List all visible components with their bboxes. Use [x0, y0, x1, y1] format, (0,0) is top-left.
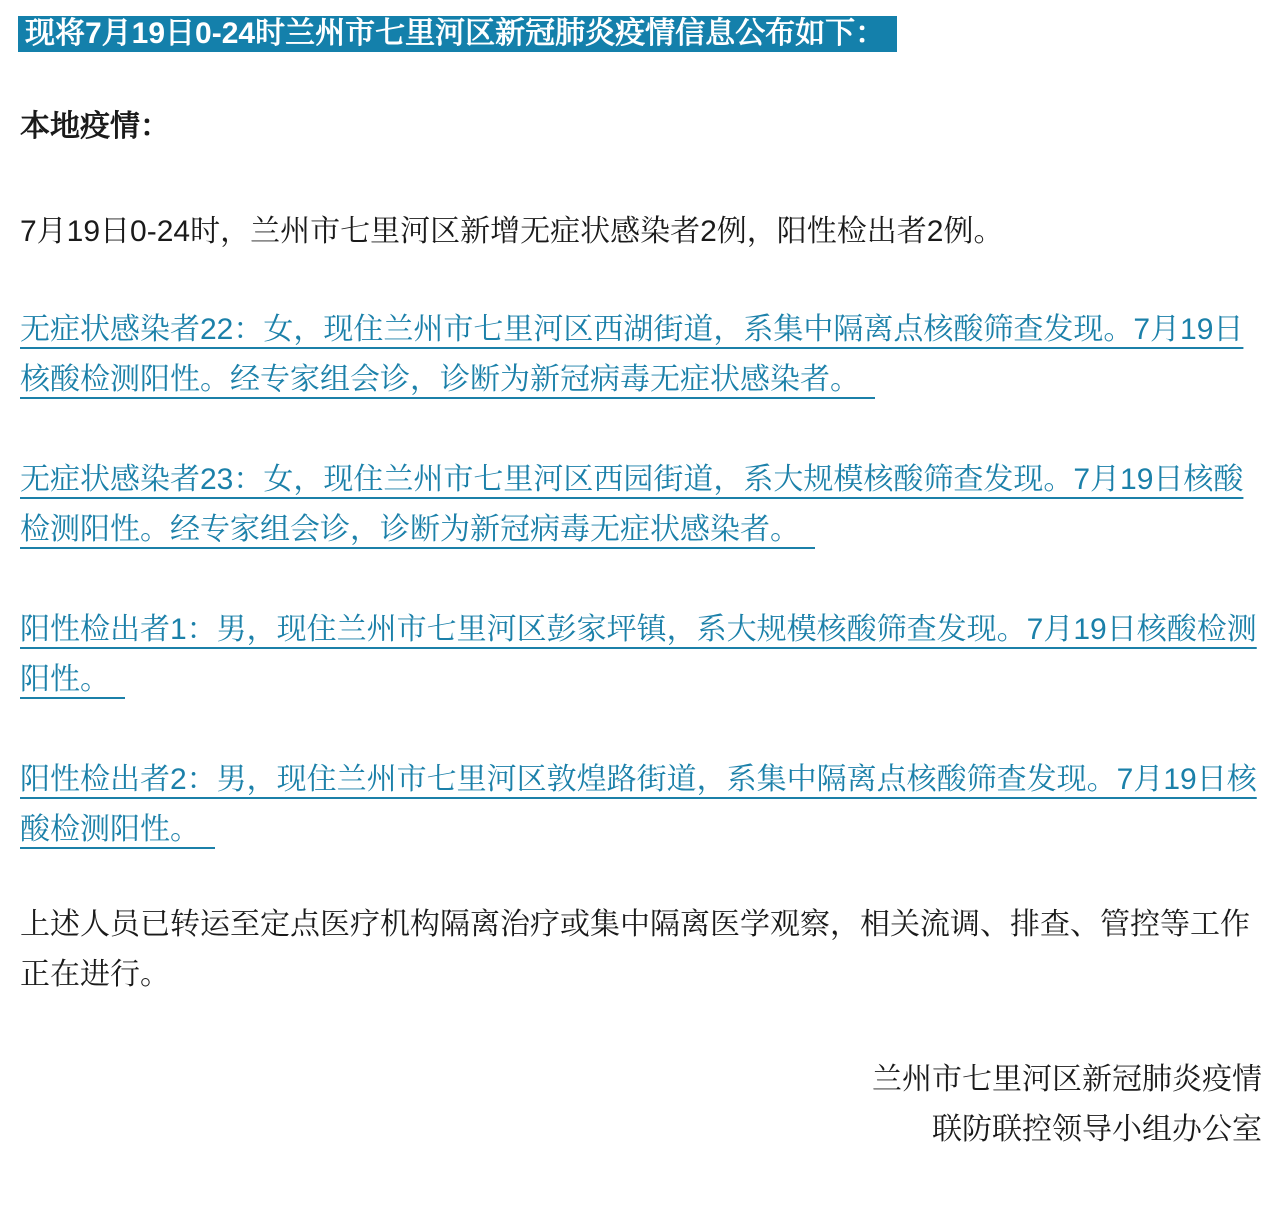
signature-line-2: 联防联控领导小组办公室: [20, 1105, 1262, 1155]
announcement-header: 现将7月19日0-24时兰州市七里河区新冠肺炎疫情信息公布如下：: [20, 16, 1262, 52]
signature-block: 兰州市七里河区新冠肺炎疫情 联防联控领导小组办公室: [20, 1055, 1262, 1155]
case-positive-1[interactable]: 阳性检出者1：男，现住兰州市七里河区彭家坪镇，系大规模核酸筛查发现。7月19日核…: [20, 605, 1262, 705]
case-asymptomatic-22[interactable]: 无症状感染者22：女，现住兰州市七里河区西湖街道，系集中隔离点核酸筛查发现。7月…: [20, 305, 1262, 405]
case-positive-2[interactable]: 阳性检出者2：男，现住兰州市七里河区敦煌路街道，系集中隔离点核酸筛查发现。7月1…: [20, 755, 1262, 855]
intro-paragraph: 7月19日0-24时，兰州市七里河区新增无症状感染者2例，阳性检出者2例。: [20, 207, 1262, 257]
announcement-page: 现将7月19日0-24时兰州市七里河区新冠肺炎疫情信息公布如下： 本地疫情： 7…: [0, 0, 1280, 1219]
announcement-headline: 现将7月19日0-24时兰州市七里河区新冠肺炎疫情信息公布如下：: [18, 16, 897, 52]
signature-line-1: 兰州市七里河区新冠肺炎疫情: [20, 1055, 1262, 1105]
case-asymptomatic-23[interactable]: 无症状感染者23：女，现住兰州市七里河区西园街道，系大规模核酸筛查发现。7月19…: [20, 455, 1262, 555]
closing-paragraph: 上述人员已转运至定点医疗机构隔离治疗或集中隔离医学观察，相关流调、排查、管控等工…: [20, 900, 1262, 1000]
section-title-local-epidemic: 本地疫情：: [20, 102, 1262, 152]
